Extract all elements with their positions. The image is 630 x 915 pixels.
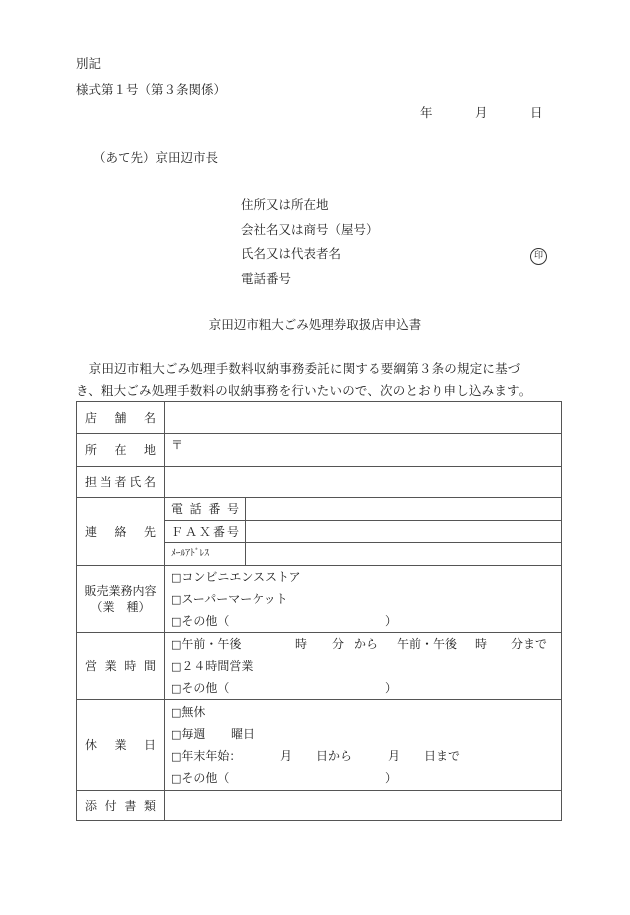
from-label: から xyxy=(354,633,378,655)
other-close-paren: ） xyxy=(385,767,397,789)
holidays-label: 休業日 xyxy=(77,700,165,791)
checkbox-icon[interactable]: □ xyxy=(171,571,181,584)
body-line-1: 京田辺市粗大ごみ処理手数料収納事務委託に関する要綱第３条の規定に基づ xyxy=(76,361,521,377)
document-title: 京田辺市粗大ごみ処理券取扱店申込書 xyxy=(0,317,630,333)
contact-fax-field[interactable] xyxy=(246,521,562,543)
minute-label: 分 xyxy=(332,633,344,655)
annex-label: 別記 xyxy=(76,56,101,72)
option-label: 無休 xyxy=(181,705,205,719)
contact-email-field[interactable] xyxy=(246,543,562,566)
contact-email-label: ﾒｰﾙｱﾄﾞﾚｽ xyxy=(165,543,246,566)
option-weekly[interactable]: □毎週曜日 xyxy=(165,723,561,745)
row-contact-phone: 連絡先 電話番号 xyxy=(77,498,562,521)
address-label: 住所又は所在地 xyxy=(241,197,329,213)
new-year-label: 年末年始： xyxy=(181,749,241,763)
checkbox-icon[interactable]: □ xyxy=(171,593,181,606)
row-holidays: 休業日 □無休 □毎週曜日 □年末年始： 月 日から 月 日まで □その他（） xyxy=(77,700,562,791)
option-label: その他（ xyxy=(181,771,229,785)
option-hours-other[interactable]: □その他（） xyxy=(165,677,561,699)
checkbox-icon[interactable]: □ xyxy=(171,638,181,651)
option-holiday-other[interactable]: □その他（） xyxy=(165,767,561,789)
weekly-label: 毎週 xyxy=(181,727,205,741)
contact-person-label: 担当者氏名 xyxy=(77,467,165,498)
checkbox-icon[interactable]: □ xyxy=(171,706,181,719)
contact-label: 連絡先 xyxy=(77,498,165,566)
form-number: 様式第１号（第３条関係） xyxy=(76,82,226,98)
option-hours-range[interactable]: □午前・午後 時 分 から 午前・午後 時 分まで xyxy=(165,633,561,655)
row-attachments: 添付書類 xyxy=(77,791,562,821)
checkbox-icon[interactable]: □ xyxy=(171,728,181,741)
store-name-field[interactable] xyxy=(165,402,562,434)
row-business-type: 販売業務内容 （業 種） □コンビニエンスストア □スーパーマーケット □その他… xyxy=(77,566,562,633)
checkbox-icon[interactable]: □ xyxy=(171,660,181,673)
business-type-label: 販売業務内容 （業 種） xyxy=(77,566,165,633)
until-label: 分まで xyxy=(511,633,547,655)
checkbox-icon[interactable]: □ xyxy=(171,772,181,785)
checkbox-icon[interactable]: □ xyxy=(171,682,181,695)
option-label: コンビニエンスストア xyxy=(181,570,300,584)
contact-phone-label: 電話番号 xyxy=(165,498,246,521)
addressee: （あて先）京田辺市長 xyxy=(93,150,218,166)
contact-fax-label: ＦＡＸ番号 xyxy=(165,521,246,543)
postal-mark: 〒 xyxy=(171,438,183,452)
date-month-label: 月 xyxy=(475,105,488,121)
location-label: 所在地 xyxy=(77,434,165,467)
attachments-label: 添付書類 xyxy=(77,791,165,821)
holidays-options: □無休 □毎週曜日 □年末年始： 月 日から 月 日まで □その他（） xyxy=(165,700,562,791)
checkbox-icon[interactable]: □ xyxy=(171,615,181,628)
option-label: その他（ xyxy=(181,681,229,695)
option-other[interactable]: □その他（） xyxy=(165,610,561,632)
seal-icon: 印 xyxy=(530,248,547,265)
body-line-2: き、粗大ごみ処理手数料の収納事務を行いたいので、次のとおり申し込みます。 xyxy=(76,383,531,399)
business-type-label-line1: 販売業務内容 xyxy=(77,583,164,599)
store-name-label: 店舗名 xyxy=(77,402,165,434)
weekday-label: 曜日 xyxy=(231,723,255,745)
row-contact-person: 担当者氏名 xyxy=(77,467,562,498)
business-type-options: □コンビニエンスストア □スーパーマーケット □その他（） xyxy=(165,566,562,633)
option-label: スーパーマーケット xyxy=(181,592,287,606)
name-label: 氏名又は代表者名 xyxy=(241,246,341,262)
hour-label: 時 xyxy=(295,633,307,655)
day-until-label: 日まで xyxy=(424,745,460,767)
month-label-1: 月 xyxy=(280,745,292,767)
am-pm-label-2: 午前・午後 xyxy=(397,633,457,655)
option-supermarket[interactable]: □スーパーマーケット xyxy=(165,588,561,610)
contact-person-field[interactable] xyxy=(165,467,562,498)
option-new-year[interactable]: □年末年始： 月 日から 月 日まで xyxy=(165,745,561,767)
date-day-label: 日 xyxy=(530,105,543,121)
hour-label-2: 時 xyxy=(475,633,487,655)
location-field[interactable]: 〒 xyxy=(165,434,562,467)
option-24-hours[interactable]: □２４時間営業 xyxy=(165,655,561,677)
row-location: 所在地 〒 xyxy=(77,434,562,467)
attachments-field[interactable] xyxy=(165,791,562,821)
business-type-label-line2: （業 種） xyxy=(77,599,164,615)
option-label: その他（ xyxy=(181,614,229,628)
phone-label: 電話番号 xyxy=(241,271,291,287)
business-hours-options: □午前・午後 時 分 から 午前・午後 時 分まで □２４時間営業 □その他（） xyxy=(165,633,562,700)
row-business-hours: 営業時間 □午前・午後 時 分 から 午前・午後 時 分まで □２４時間営業 □… xyxy=(77,633,562,700)
option-label: ２４時間営業 xyxy=(181,659,253,673)
option-no-holiday[interactable]: □無休 xyxy=(165,701,561,723)
month-label-2: 月 xyxy=(388,745,400,767)
application-table: 店舗名 所在地 〒 担当者氏名 連絡先 電話番号 ＦＡＸ番号 ﾒｰﾙｱﾄﾞﾚｽ … xyxy=(76,401,562,821)
other-close-paren: ） xyxy=(385,610,397,632)
row-store-name: 店舗名 xyxy=(77,402,562,434)
day-from-label: 日から xyxy=(316,745,352,767)
company-label: 会社名又は商号（屋号） xyxy=(241,222,379,238)
contact-phone-field[interactable] xyxy=(246,498,562,521)
option-convenience-store[interactable]: □コンビニエンスストア xyxy=(165,566,561,588)
business-hours-label: 営業時間 xyxy=(77,633,165,700)
am-pm-label: 午前・午後 xyxy=(181,637,241,651)
checkbox-icon[interactable]: □ xyxy=(171,750,181,763)
date-year-label: 年 xyxy=(420,105,433,121)
other-close-paren: ） xyxy=(385,677,397,699)
